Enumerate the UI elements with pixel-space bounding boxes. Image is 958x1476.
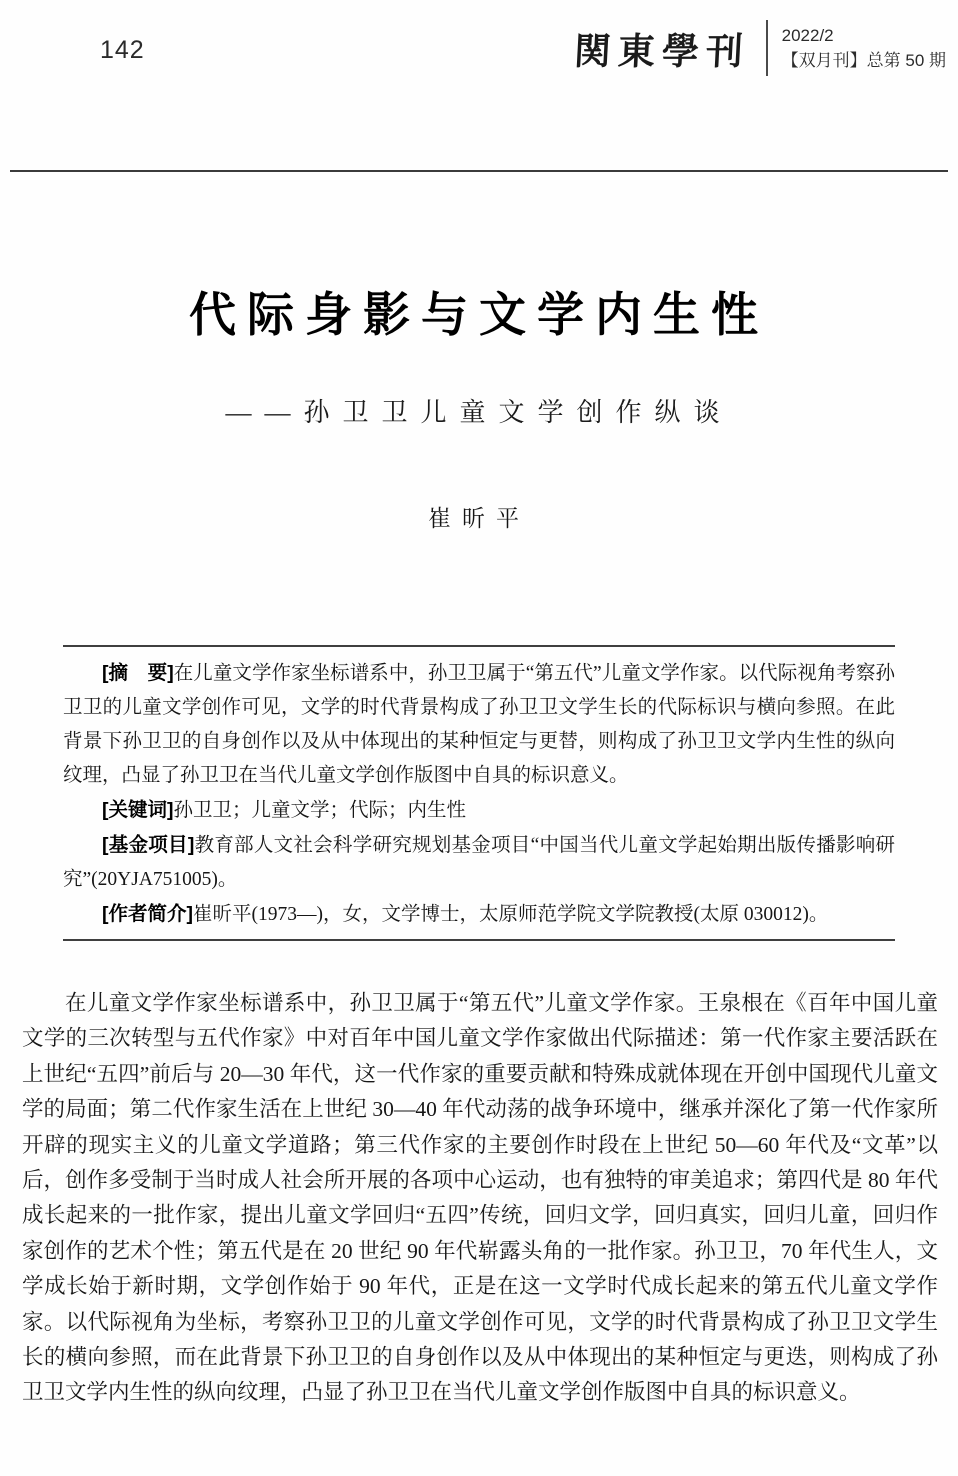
fund-paragraph: [基金项目]教育部人文社会科学研究规划基金项目“中国当代儿童文学起始期出版传播影… <box>63 828 895 897</box>
author-bio-paragraph: [作者简介]崔昕平(1973—)，女，文学博士，太原师范学院文学院教授(太原 0… <box>63 897 895 932</box>
abstract-text: 在儿童文学作家坐标谱系中，孙卫卫属于“第五代”儿童文学作家。以代际视角考察孙卫卫… <box>63 663 895 786</box>
masthead: 関東學刊 2022/2 【双月刊】总第 50 期 <box>574 20 946 76</box>
body-paragraph: 在儿童文学作家坐标谱系中，孙卫卫属于“第五代”儿童文学作家。王泉根在《百年中国儿… <box>22 986 938 1411</box>
abstract-paragraph: [摘 要]在儿童文学作家坐标谱系中，孙卫卫属于“第五代”儿童文学作家。以代际视角… <box>63 656 895 793</box>
page-number: 142 <box>100 36 145 65</box>
issue-year: 2022/2 <box>782 23 946 49</box>
article-author: 崔昕平 <box>0 500 958 533</box>
author-bio-label: [作者简介] <box>102 903 193 925</box>
abstract-label: [摘 要] <box>102 662 174 684</box>
fund-label: [基金项目] <box>102 834 194 856</box>
article-title: 代际身影与文学内生性 <box>0 288 958 344</box>
abstract-box: [摘 要]在儿童文学作家坐标谱系中，孙卫卫属于“第五代”儿童文学作家。以代际视角… <box>63 645 895 941</box>
article-subtitle: ——孙卫卫儿童文学创作纵谈 <box>0 392 958 429</box>
masthead-divider <box>766 20 768 76</box>
header-rule <box>10 170 948 172</box>
journal-name: 関東學刊 <box>573 27 751 70</box>
journal-page: 142 関東學刊 2022/2 【双月刊】总第 50 期 代际身影与文学内生性 … <box>0 0 958 1476</box>
author-bio-text: 崔昕平(1973—)，女，文学博士，太原师范学院文学院教授(太原 030012)… <box>193 904 828 925</box>
keywords-label: [关键词] <box>102 799 174 821</box>
keywords-text: 孙卫卫；儿童文学；代际；内生性 <box>174 800 467 821</box>
issue-info: 2022/2 【双月刊】总第 50 期 <box>782 23 946 74</box>
issue-number: 【双月刊】总第 50 期 <box>782 48 946 74</box>
keywords-paragraph: [关键词]孙卫卫；儿童文学；代际；内生性 <box>63 793 895 828</box>
